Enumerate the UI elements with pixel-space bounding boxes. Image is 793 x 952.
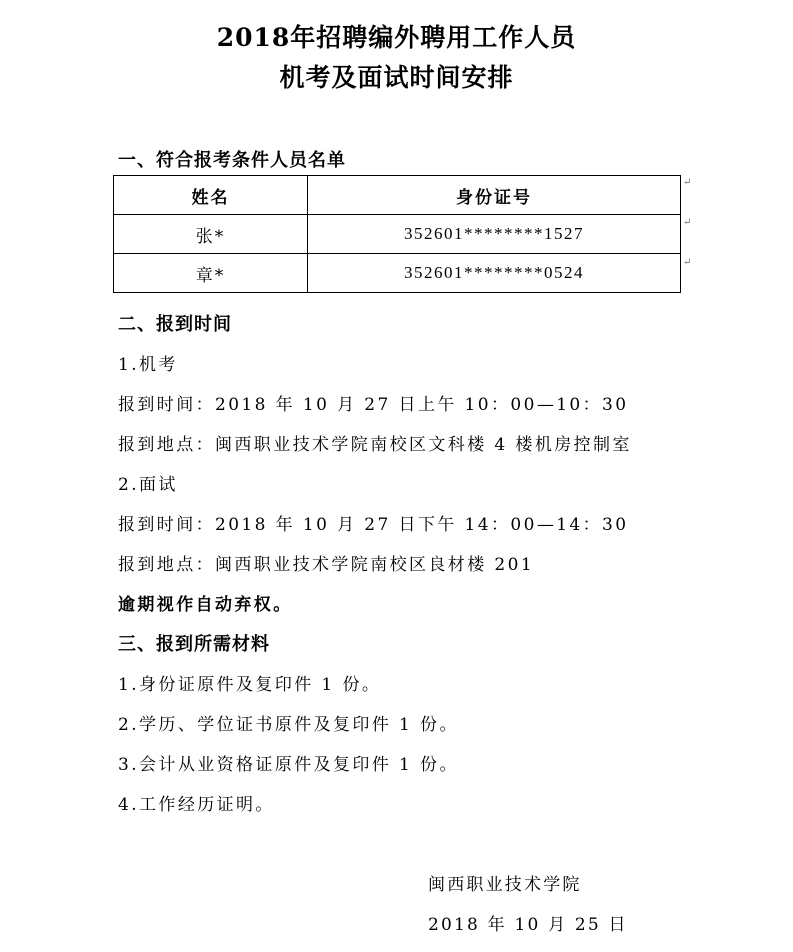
- document-title-line1: 2018年招聘编外聘用工作人员: [0, 18, 793, 54]
- section2-heading: 二、报到时间: [118, 310, 232, 336]
- exam-label: 1.机考: [118, 350, 178, 375]
- interview-time: 报到时间：2018 年 10 月 27 日下午 14：00—14：30: [118, 510, 628, 535]
- paragraph-mark-icon: ↵: [683, 178, 691, 188]
- column-header-name: 姓名: [114, 176, 308, 215]
- column-header-id: 身份证号: [308, 176, 681, 215]
- signature-date: 2018 年 10 月 25 日: [428, 910, 628, 935]
- cell-id-number: 352601********0524: [308, 254, 681, 293]
- document-title-line2: 机考及面试时间安排: [0, 58, 793, 94]
- interview-label: 2.面试: [118, 470, 178, 495]
- exam-time: 报到时间：2018 年 10 月 27 日上午 10：00—10：30: [118, 390, 628, 415]
- forfeit-notice: 逾期视作自动弃权。: [118, 590, 293, 615]
- material-item: 3.会计从业资格证原件及复印件 1 份。: [118, 750, 459, 775]
- table-row: 章* 352601********0524: [114, 254, 681, 293]
- section1-heading: 一、符合报考条件人员名单: [118, 146, 346, 172]
- cell-id-number: 352601********1527: [308, 215, 681, 254]
- paragraph-mark-icon: ↵: [683, 258, 691, 268]
- material-item: 2.学历、学位证书原件及复印件 1 份。: [118, 710, 459, 735]
- material-item: 4.工作经历证明。: [118, 790, 275, 815]
- table-header-row: 姓名 身份证号: [114, 176, 681, 215]
- candidate-table: 姓名 身份证号 张* 352601********1527 章* 352601*…: [113, 175, 681, 293]
- cell-name: 章*: [114, 254, 308, 293]
- cell-name: 张*: [114, 215, 308, 254]
- material-item: 1.身份证原件及复印件 1 份。: [118, 670, 381, 695]
- paragraph-mark-icon: ↵: [683, 218, 691, 228]
- table-row: 张* 352601********1527: [114, 215, 681, 254]
- signature-organization: 闽西职业技术学院: [428, 870, 582, 895]
- interview-place: 报到地点：闽西职业技术学院南校区良材楼 201: [118, 550, 534, 575]
- section3-heading: 三、报到所需材料: [118, 630, 270, 656]
- exam-place: 报到地点：闽西职业技术学院南校区文科楼 4 楼机房控制室: [118, 430, 632, 455]
